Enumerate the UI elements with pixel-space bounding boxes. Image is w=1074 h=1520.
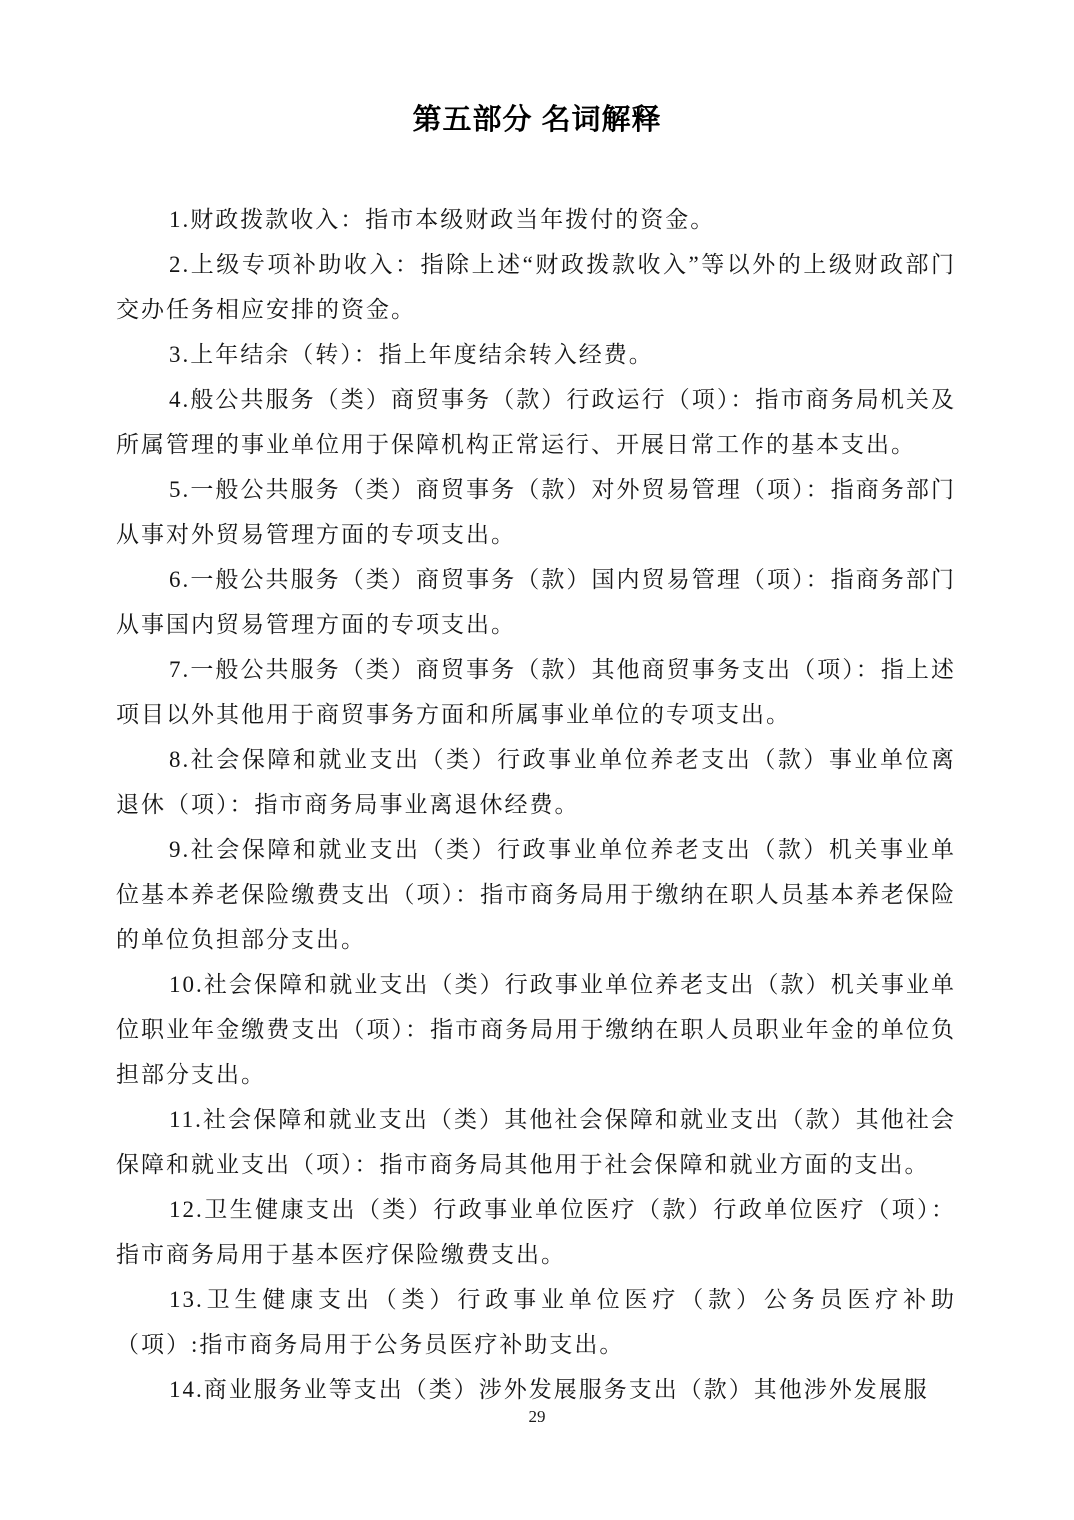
definition-item-11: 11.社会保障和就业支出（类）其他社会保障和就业支出（款）其他社会保障和就业支出… <box>116 1097 956 1187</box>
definition-item-4: 4.般公共服务（类）商贸事务（款）行政运行（项）：指市商务局机关及所属管理的事业… <box>116 377 956 467</box>
definition-item-13: 13.卫生健康支出（类）行政事业单位医疗（款）公务员医疗补助（项）:指市商务局用… <box>116 1277 956 1367</box>
definition-item-8: 8.社会保障和就业支出（类）行政事业单位养老支出（款）事业单位离退休（项）：指市… <box>116 737 956 827</box>
definition-item-5: 5.一般公共服务（类）商贸事务（款）对外贸易管理（项）：指商务部门从事对外贸易管… <box>116 467 956 557</box>
definition-item-2: 2.上级专项补助收入：指除上述“财政拨款收入”等以外的上级财政部门交办任务相应安… <box>116 242 956 332</box>
definition-item-3: 3.上年结余（转）：指上年度结余转入经费。 <box>116 332 956 377</box>
document-page: 第五部分 名词解释 1.财政拨款收入：指市本级财政当年拨付的资金。 2.上级专项… <box>0 0 1074 1520</box>
page-number: 29 <box>0 1406 1074 1428</box>
page-title: 第五部分 名词解释 <box>0 103 1074 137</box>
definition-item-7: 7.一般公共服务（类）商贸事务（款）其他商贸事务支出（项）：指上述项目以外其他用… <box>116 647 956 737</box>
definition-item-1: 1.财政拨款收入：指市本级财政当年拨付的资金。 <box>116 197 956 242</box>
definition-item-12: 12.卫生健康支出（类）行政事业单位医疗（款）行政单位医疗（项）：指市商务局用于… <box>116 1187 956 1277</box>
definition-item-6: 6.一般公共服务（类）商贸事务（款）国内贸易管理（项）：指商务部门从事国内贸易管… <box>116 557 956 647</box>
definition-item-9: 9.社会保障和就业支出（类）行政事业单位养老支出（款）机关事业单位基本养老保险缴… <box>116 827 956 962</box>
definition-item-10: 10.社会保障和就业支出（类）行政事业单位养老支出（款）机关事业单位职业年金缴费… <box>116 962 956 1097</box>
definitions-list: 1.财政拨款收入：指市本级财政当年拨付的资金。 2.上级专项补助收入：指除上述“… <box>116 197 956 1412</box>
